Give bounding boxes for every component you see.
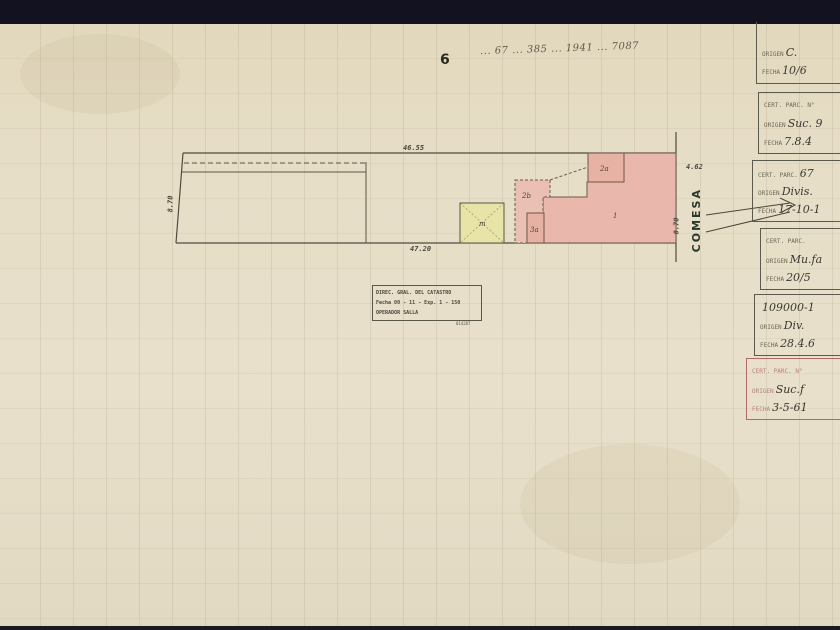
certificate-stamp: 109000-1 ORIGENDiv. FECHA28.4.6 [754, 294, 840, 356]
certificate-stamp-red: CERT. PARC. N° ORIGENSuc.f FECHA3-5-61 [746, 358, 840, 420]
red-parcels [515, 153, 676, 243]
stamp-line-2: Fecha 00 - 11 - Exp. 1 - 150 [376, 298, 478, 308]
parcel-label-2a: 2a [599, 165, 609, 173]
certificate-stamp: CERT. PARC. N° ORIGENSuc. 9 FECHA7.8.4 [758, 92, 840, 154]
stamp-line-1: DIREC. GRAL. DEL CATASTRO [376, 288, 478, 298]
street-name: COMESA [690, 188, 706, 252]
stamp-line-3: OPERADOR SALLA [376, 308, 478, 318]
parcel-label-1: 1 [613, 212, 617, 220]
dimension-right-top: 4.62 [686, 163, 703, 171]
parcel-label-m: m [479, 220, 486, 228]
left-building [182, 162, 366, 243]
parcel-label-2b: 2b [521, 192, 531, 200]
stamp-code: 014287 [456, 321, 470, 326]
certificate-stamp: ORIGENC. FECHA10/6 [756, 22, 840, 84]
certificate-stamp: CERT. PARC.67 ORIGENDivis. FECHA17-10-1 [752, 160, 840, 222]
catastro-stamp: DIREC. GRAL. DEL CATASTRO Fecha 00 - 11 … [372, 285, 482, 321]
dimension-top: 46.55 [403, 144, 424, 152]
dimension-bottom: 47.20 [410, 245, 431, 253]
dimension-right: 8.70 [672, 218, 680, 235]
parcel-label-3a: 3a [530, 226, 539, 234]
certificate-stamp: CERT. PARC. ORIGENMu.fa FECHA20/5 [760, 228, 840, 290]
dimension-left: 8.70 [166, 196, 174, 213]
scan-bottom-border [0, 626, 840, 630]
